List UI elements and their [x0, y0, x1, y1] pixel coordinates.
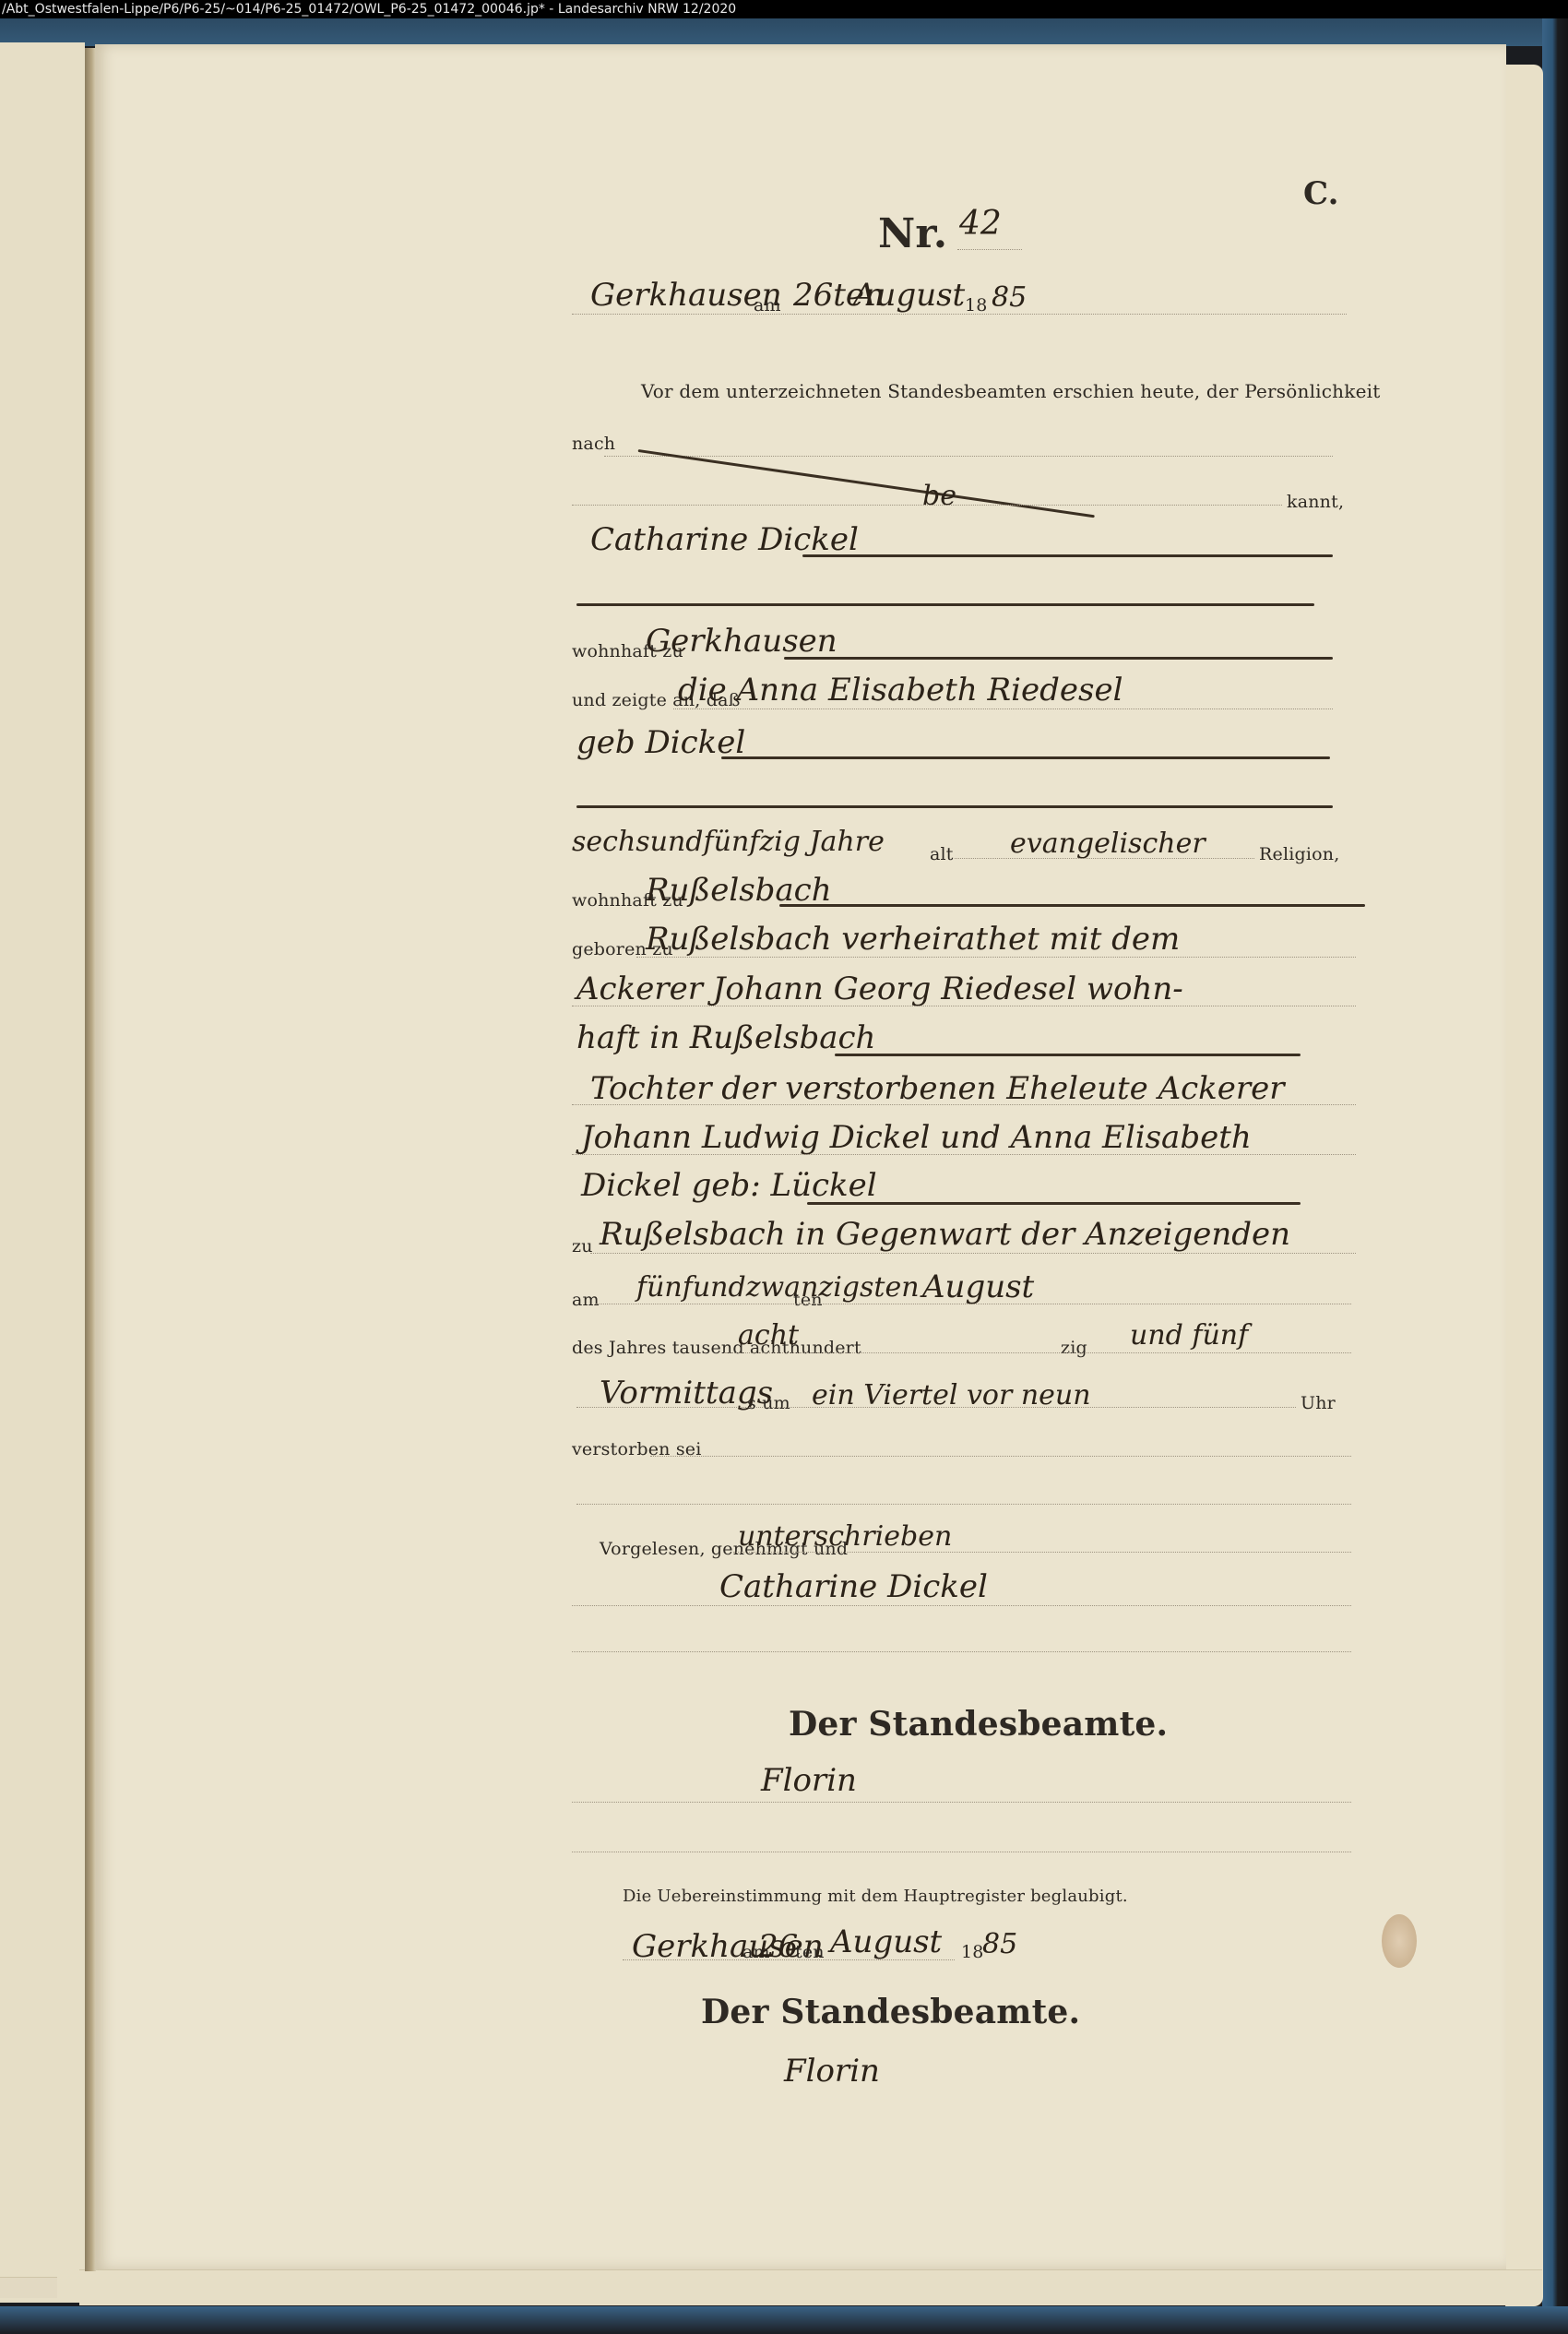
kannt-line: [572, 505, 1282, 506]
jahres-label: des Jahres tausend achthundert: [572, 1338, 861, 1358]
age-handwritten: sechsundfünfzig Jahre: [572, 826, 885, 858]
um-label: s um: [747, 1393, 790, 1413]
birth-line-1: Rußelsbach verheirathet mit dem: [646, 921, 1180, 958]
blank-rule-3: [572, 1852, 1351, 1852]
death-place-rule: [590, 1253, 1356, 1254]
religion-line: [955, 858, 1254, 859]
kannt-label: kannt,: [1287, 492, 1344, 512]
deceased-line-1-rule: [673, 709, 1333, 709]
ten-label: ten: [793, 1290, 823, 1310]
official-signature: Florin: [761, 1762, 857, 1799]
informant-residence: Gerkhausen: [646, 623, 837, 660]
residence-fill-line: [784, 657, 1333, 660]
death-month: August: [922, 1268, 1034, 1305]
corner-letter: C.: [1303, 175, 1339, 212]
deceased-residence-fill: [779, 904, 1365, 907]
parents-line-2: Johann Ludwig Dickel und Anna Elisabeth: [581, 1119, 1252, 1156]
parents-line-3: Dickel geb: Lückel: [581, 1167, 877, 1204]
deceased-line-2: geb Dickel: [576, 724, 745, 761]
deceased-line-1: die Anna Elisabeth Riedesel: [678, 672, 1123, 709]
certification-signature: Florin: [784, 2053, 880, 2090]
parents-line-1-rule: [572, 1104, 1356, 1105]
year-rule: [724, 1352, 1351, 1353]
informant-signature: Catharine Dickel: [719, 1568, 988, 1605]
blank-fill-line: [576, 603, 1314, 606]
informant-name: Catharine Dickel: [590, 521, 859, 558]
blank-fill-line-2: [576, 805, 1333, 808]
book-binding-right: [1542, 18, 1568, 2334]
uhr-label: Uhr: [1301, 1393, 1336, 1413]
deceased-residence: Rußelsbach: [646, 872, 832, 909]
year-words-2: und fünf: [1130, 1319, 1248, 1352]
birth-line-1-rule: [636, 957, 1356, 958]
left-page-bottom-edge: [0, 2277, 57, 2298]
informant-fill-line: [802, 554, 1333, 557]
window-title-bar: /Abt_Ostwestfalen-Lippe/P6/P6-25/~014/P6…: [0, 0, 1568, 18]
vorgelesen-rule: [733, 1552, 1351, 1553]
book-binding-bottom: [0, 2306, 1568, 2334]
religion-label: Religion,: [1259, 844, 1339, 864]
unterschrieben: unterschrieben: [738, 1520, 952, 1553]
record-number: 42: [959, 205, 1002, 243]
left-page-edge: [0, 42, 85, 2303]
blank-rule-2: [572, 1651, 1351, 1652]
birth-line-2-rule: [572, 1006, 1356, 1006]
record-month: August: [853, 277, 965, 314]
birth-line-3: haft in Rußelsbach: [576, 1019, 875, 1056]
certification-date-rule: [623, 1959, 955, 1960]
certification-month: August: [830, 1923, 942, 1960]
be-handwritten: be: [922, 480, 956, 512]
date-line: [572, 314, 1347, 315]
am-label-2: am: [572, 1290, 600, 1310]
religion-handwritten: evangelischer: [1010, 828, 1206, 860]
parents-line-3-fill: [807, 1202, 1301, 1205]
death-date-rule: [595, 1304, 1351, 1304]
year-words-1: acht: [738, 1319, 799, 1352]
official-signature-rule: [572, 1802, 1351, 1803]
blank-rule: [576, 1504, 1351, 1505]
seal-stain: [1382, 1914, 1417, 1968]
birth-line-2: Ackerer Johann Georg Riedesel wohn-: [576, 971, 1183, 1007]
number-label: Nr.: [878, 210, 947, 257]
time-rule: [576, 1407, 1296, 1408]
number-line: [957, 249, 1022, 250]
window-title: /Abt_Ostwestfalen-Lippe/P6/P6-25/~014/P6…: [2, 2, 736, 17]
certification-statement: Die Uebereinstimmung mit dem Hauptregist…: [623, 1887, 1128, 1906]
death-place-line: Rußelsbach in Gegenwart der Anzeigenden: [600, 1216, 1290, 1253]
certification-official-title: Der Standesbeamte.: [701, 1993, 1080, 2031]
parents-line-1: Tochter der verstorbenen Eheleute Ackere…: [590, 1070, 1285, 1107]
death-day: fünfundzwanzigsten: [636, 1271, 920, 1304]
underlying-page-edge: [1505, 65, 1543, 2306]
alt-label: alt: [930, 844, 954, 864]
year-suffix: 85: [992, 281, 1027, 314]
birth-line-3-fill: [835, 1054, 1301, 1056]
nach-line: [604, 456, 1333, 457]
zig-label: zig: [1061, 1338, 1087, 1358]
certification-year-suffix: 85: [982, 1928, 1017, 1960]
official-title: Der Standesbeamte.: [789, 1705, 1168, 1744]
nach-label: nach: [572, 434, 615, 454]
signature-rule: [572, 1605, 1351, 1606]
verstorben-rule: [650, 1456, 1351, 1457]
certification-year-prefix: 18: [961, 1942, 984, 1962]
intro-text: Vor dem unterzeichneten Standesbeamten e…: [641, 380, 1380, 402]
year-prefix: 18: [965, 295, 988, 316]
deceased-fill-line: [721, 756, 1330, 759]
book-binding-top: [0, 18, 1568, 46]
am-label: am: [754, 295, 781, 316]
page-stack-bottom: [79, 2269, 1542, 2305]
parents-line-2-rule: [572, 1154, 1356, 1155]
